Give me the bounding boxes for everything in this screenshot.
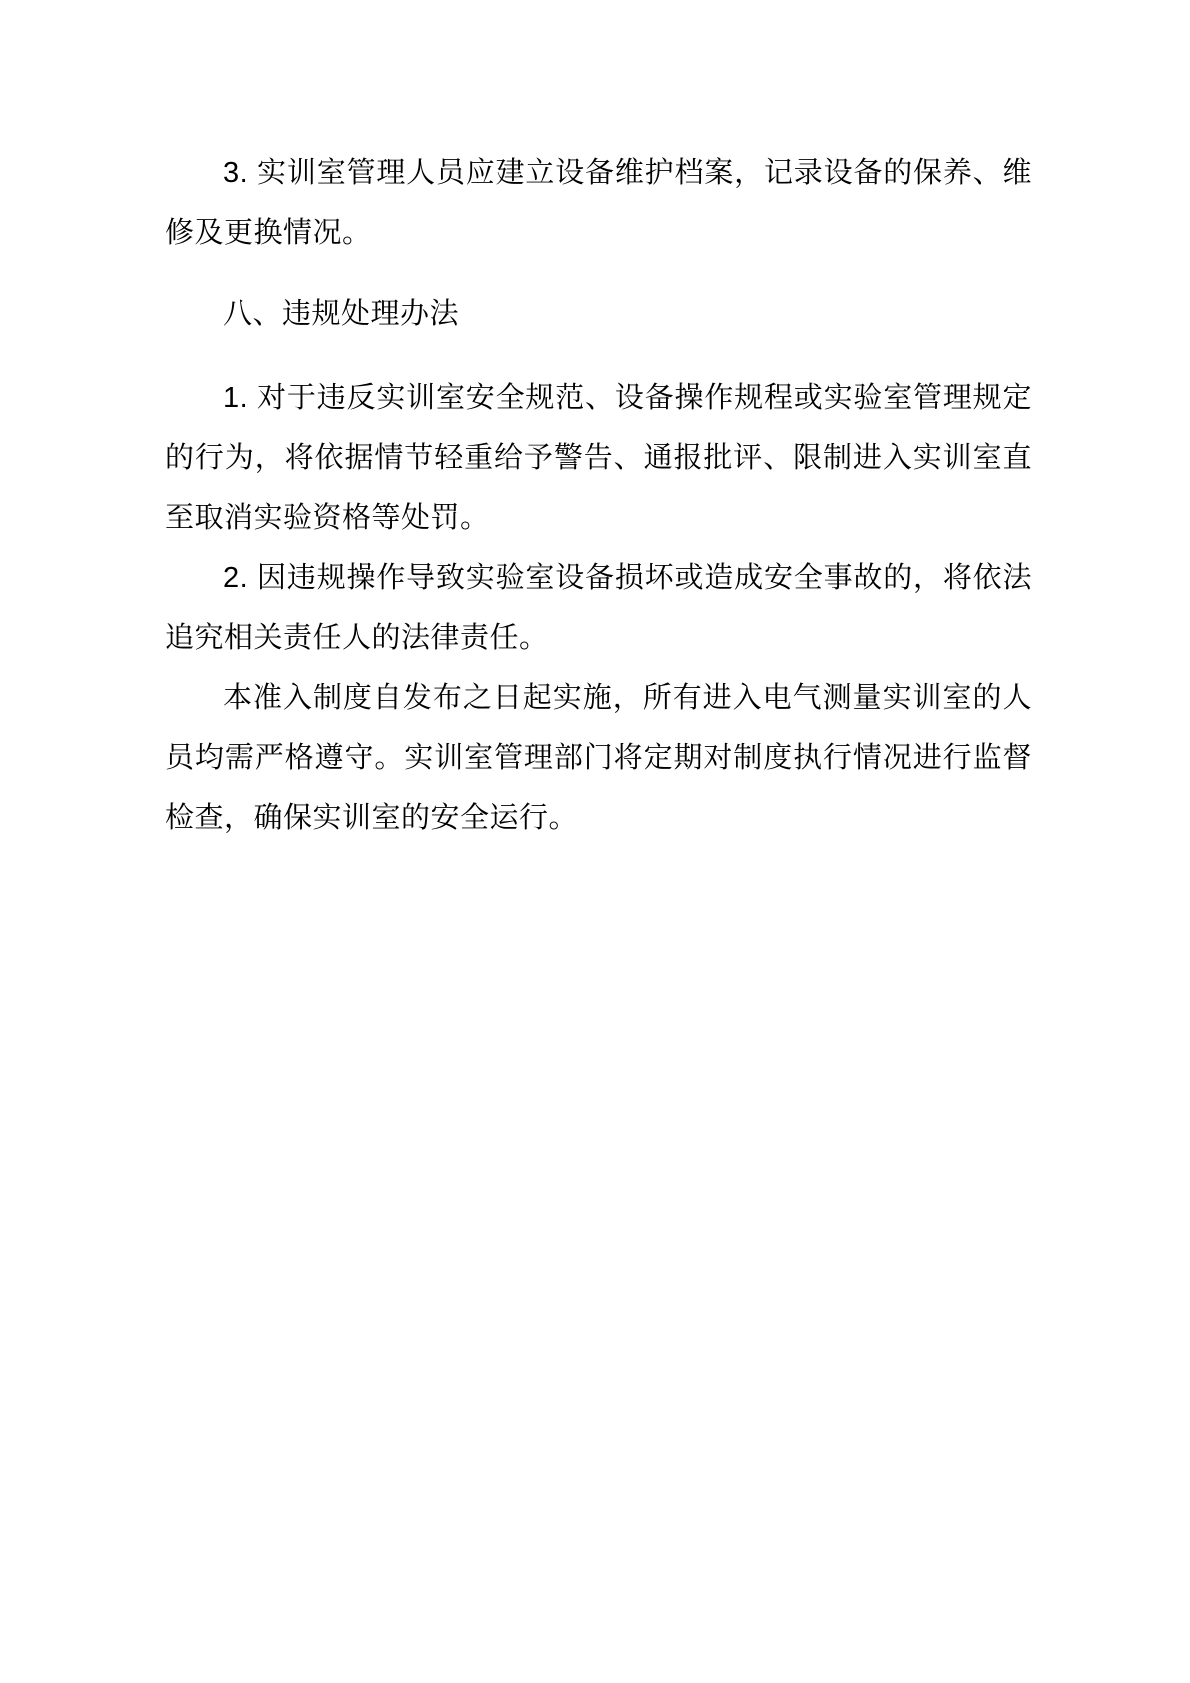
paragraph-implementation-note: 本准入制度自发布之日起实施，所有进入电气测量实训室的人员均需严格遵守。实训室管理… xyxy=(165,668,1032,848)
paragraph-violation-penalties: 1. 对于违反实训室安全规范、设备操作规程或实验室管理规定的行为，将依据情节轻重… xyxy=(165,368,1032,548)
document-body: 3. 实训室管理人员应建立设备维护档案，记录设备的保养、维修及更换情况。 八、违… xyxy=(165,143,1032,848)
document-page: 3. 实训室管理人员应建立设备维护档案，记录设备的保养、维修及更换情况。 八、违… xyxy=(0,0,1190,1683)
paragraph-maintenance-records: 3. 实训室管理人员应建立设备维护档案，记录设备的保养、维修及更换情况。 xyxy=(165,143,1032,263)
section-heading-violation-handling: 八、违规处理办法 xyxy=(165,284,1032,344)
paragraph-legal-liability: 2. 因违规操作导致实验室设备损坏或造成安全事故的，将依法追究相关责任人的法律责… xyxy=(165,548,1032,668)
